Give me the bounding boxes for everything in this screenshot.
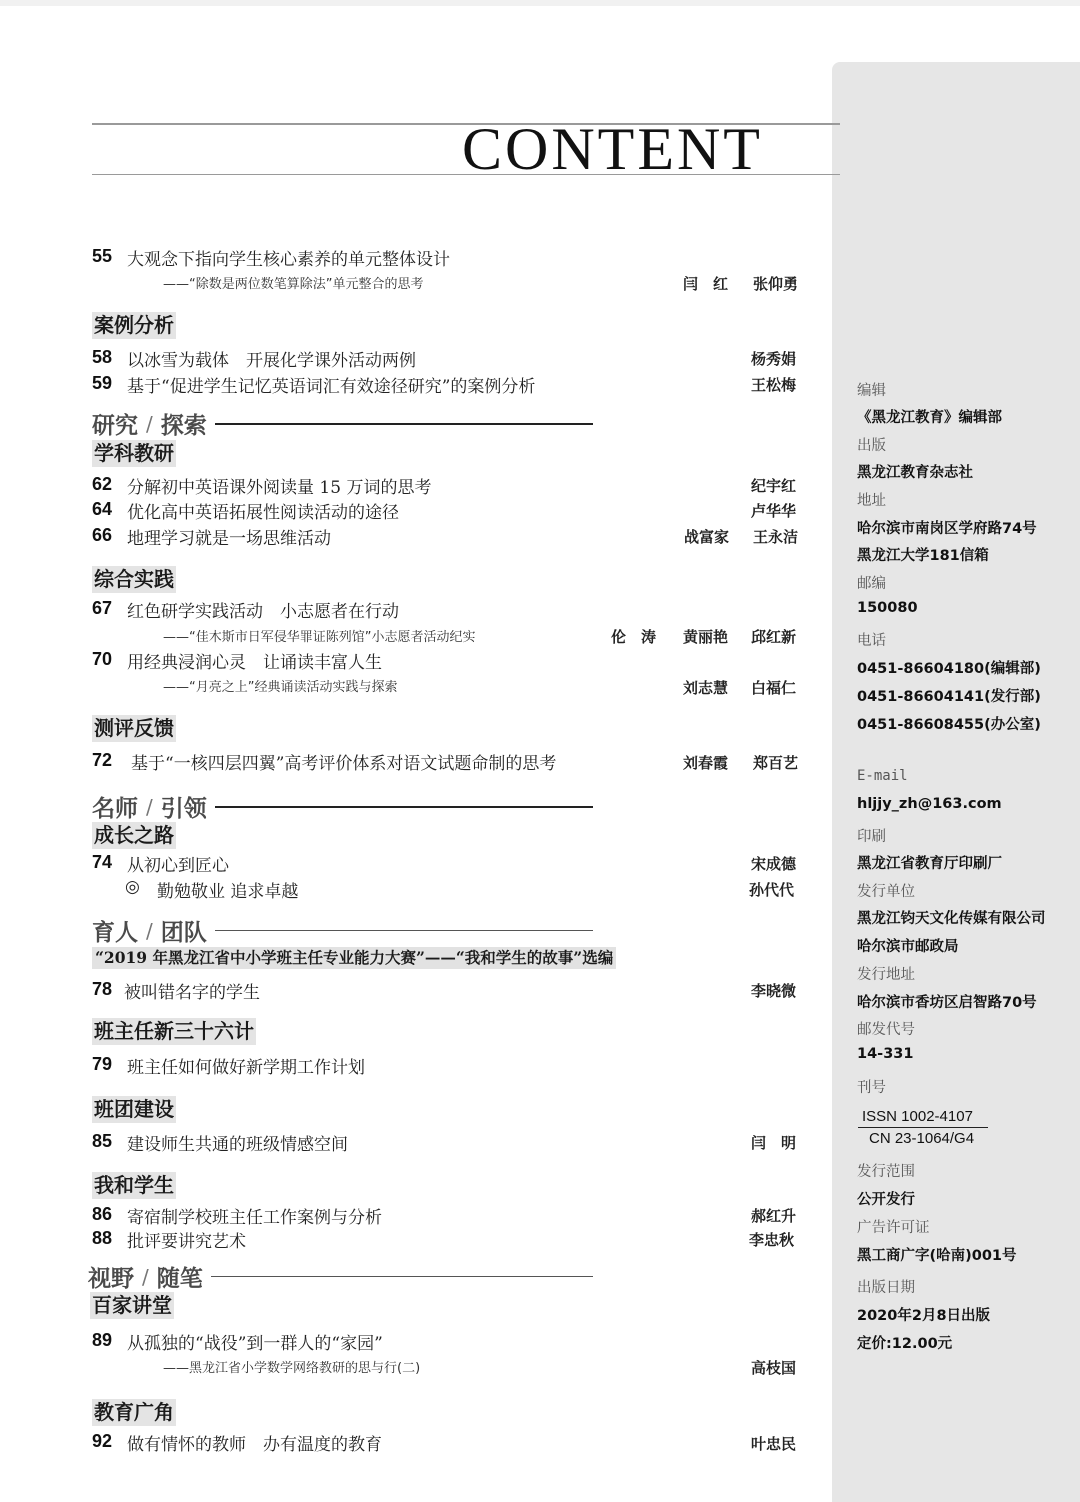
- section-heading-left: 视野: [88, 1260, 134, 1293]
- section-slash: /: [146, 795, 153, 819]
- issn-value: ISSN 1002-4107: [862, 1108, 973, 1125]
- section-heading-vision-essays: 视野 / 随笔: [88, 1260, 593, 1293]
- column-heading: 测评反馈: [92, 715, 176, 742]
- entry-author: 纪宇红: [751, 475, 796, 496]
- column-heading: 教育广角: [92, 1399, 176, 1426]
- entry-title[interactable]: 基于“促进学生记忆英语词汇有效途径研究”的案例分析: [127, 372, 535, 397]
- entry-author: 闫 明: [751, 1132, 796, 1153]
- column-heading: 成长之路: [92, 822, 176, 849]
- column-heading: 综合实践: [92, 566, 176, 593]
- entry-page-number: 70: [92, 649, 112, 670]
- entry-page-number: 74: [92, 852, 112, 873]
- entry-title[interactable]: 寄宿制学校班主任工作案例与分析: [127, 1203, 382, 1228]
- entry-title[interactable]: 做有情怀的教师 办有温度的教育: [127, 1430, 382, 1455]
- entry-page-number: 64: [92, 499, 112, 520]
- section-heading-right: 探索: [161, 407, 207, 440]
- entry-author: 邱红新: [751, 626, 796, 647]
- section-heading-right: 随笔: [157, 1260, 203, 1293]
- section-heading-right: 团队: [161, 914, 207, 947]
- entry-page-number: 88: [92, 1228, 112, 1249]
- entry-author: 郝红升: [751, 1205, 796, 1226]
- publisher-label: 出版: [857, 434, 886, 455]
- printer-label: 印刷: [857, 825, 886, 846]
- entry-title[interactable]: 勤勉敬业 追求卓越: [157, 877, 298, 902]
- entry-author: 白福仁: [751, 677, 796, 698]
- entry-author: 伦 涛: [611, 626, 656, 647]
- entry-author: 王永洁: [753, 526, 798, 547]
- header-rule-bottom: [92, 174, 840, 175]
- entry-author: 闫 红: [683, 273, 728, 294]
- entry-page-number: 58: [92, 347, 112, 368]
- entry-page-number: 66: [92, 525, 112, 546]
- entry-subtitle: ——“佳木斯市日军侵华罪证陈列馆”小志愿者活动纪实: [163, 626, 475, 645]
- issn-divider: [858, 1127, 988, 1128]
- entry-title[interactable]: 建设师生共通的班级情感空间: [127, 1130, 348, 1155]
- entry-page-number: 72: [92, 750, 112, 771]
- serial-label: 刊号: [857, 1076, 886, 1097]
- entry-page-number: 62: [92, 474, 112, 495]
- column-heading: 我和学生: [92, 1172, 176, 1199]
- ad-license-label: 广告许可证: [857, 1216, 930, 1237]
- column-heading: 班团建设: [92, 1096, 176, 1123]
- email-value[interactable]: hljjy_zh@163.com: [857, 796, 1002, 812]
- phone-value: 0451-86604180(编辑部): [857, 657, 1041, 678]
- distributor-label: 发行单位: [857, 880, 915, 901]
- entry-author: 宋成德: [751, 853, 796, 874]
- mail-code-value: 14-331: [857, 1046, 913, 1062]
- section-rule: [215, 806, 593, 808]
- entry-title[interactable]: 大观念下指向学生核心素养的单元整体设计: [127, 245, 450, 270]
- section-rule: [215, 930, 593, 931]
- ad-license-value: 黑工商广字(哈南)001号: [857, 1244, 1017, 1265]
- phone-value: 0451-86604141(发行部): [857, 685, 1041, 706]
- dist-address-label: 发行地址: [857, 963, 915, 984]
- entry-author: 黄丽艳: [683, 626, 728, 647]
- entry-title[interactable]: 以冰雪为载体 开展化学课外活动两例: [127, 346, 416, 371]
- entry-author: 孙代代: [749, 879, 794, 900]
- top-edge: [0, 0, 1080, 6]
- section-slash: /: [146, 412, 153, 436]
- entry-subtitle: ——黑龙江省小学数学网络教研的思与行(二): [163, 1357, 420, 1376]
- section-heading-research: 研究 / 探索: [92, 407, 593, 440]
- editor-label: 编辑: [857, 379, 886, 400]
- entry-title[interactable]: 从孤独的“战役”到一群人的“家园”: [127, 1329, 383, 1354]
- column-heading: 学科教研: [92, 440, 176, 467]
- price-value: 定价:12.00元: [857, 1332, 952, 1353]
- mail-code-label: 邮发代号: [857, 1018, 915, 1039]
- entry-author: 王松梅: [751, 374, 796, 395]
- distributor-value: 黑龙江钧天文化传媒有限公司: [857, 907, 1046, 928]
- printer-value: 黑龙江省教育厅印刷厂: [857, 852, 1002, 873]
- entry-subtitle: ——“除数是两位数笔算除法”单元整合的思考: [163, 273, 423, 292]
- cn-value: CN 23-1064/G4: [869, 1130, 974, 1147]
- entry-title[interactable]: 从初心到匠心: [127, 851, 229, 876]
- entry-subtitle: ——“月亮之上”经典诵读活动实践与探索: [163, 676, 397, 695]
- entry-author: 李晓微: [751, 980, 796, 1001]
- pub-date-label: 出版日期: [857, 1276, 915, 1297]
- feature-banner: “2019 年黑龙江省中小学班主任专业能力大赛”——“我和学生的故事”选编: [92, 947, 616, 969]
- section-heading-right: 引领: [161, 790, 207, 823]
- entry-page-number: 89: [92, 1330, 112, 1351]
- entry-author: 叶忠民: [751, 1433, 796, 1454]
- entry-page-number: 79: [92, 1054, 112, 1075]
- section-heading-left: 育人: [92, 914, 138, 947]
- scope-value: 公开发行: [857, 1188, 915, 1209]
- publisher-value: 黑龙江教育杂志社: [857, 461, 973, 482]
- column-heading: 班主任新三十六计: [92, 1018, 256, 1045]
- postcode-label: 邮编: [857, 572, 886, 593]
- entry-author: 战富家: [684, 526, 729, 547]
- entry-title[interactable]: 批评要讲究艺术: [127, 1227, 246, 1252]
- entry-title[interactable]: 优化高中英语拓展性阅读活动的途径: [127, 498, 399, 523]
- entry-title[interactable]: 被叫错名字的学生: [124, 978, 260, 1003]
- section-heading-masters: 名师 / 引领: [92, 790, 593, 823]
- section-rule: [215, 423, 593, 425]
- section-heading-education-team: 育人 / 团队: [92, 914, 593, 947]
- entry-page-number: 78: [92, 979, 112, 1000]
- entry-author: 刘志慧: [683, 677, 728, 698]
- section-heading-left: 研究: [92, 407, 138, 440]
- section-rule: [211, 1276, 593, 1277]
- phone-value: 0451-86608455(办公室): [857, 713, 1041, 734]
- entry-author: 李忠秋: [749, 1229, 794, 1250]
- entry-title[interactable]: 用经典浸润心灵 让诵读丰富人生: [127, 648, 382, 673]
- entry-title[interactable]: 分解初中英语课外阅读量 15 万词的思考: [127, 473, 431, 498]
- entry-author: 杨秀娟: [751, 348, 796, 369]
- entry-author: 卢华华: [751, 500, 796, 521]
- address-value: 哈尔滨市南岗区学府路74号: [857, 517, 1037, 538]
- page-title: CONTENT: [462, 118, 792, 180]
- entry-author: 张仰勇: [753, 273, 798, 294]
- dist-address-value: 哈尔滨市香坊区启智路70号: [857, 991, 1037, 1012]
- entry-title[interactable]: 基于“一核四层四翼”高考评价体系对语文试题命制的思考: [131, 749, 556, 774]
- scope-label: 发行范围: [857, 1160, 915, 1181]
- entry-page-number: 55: [92, 246, 112, 267]
- column-heading: 案例分析: [92, 312, 176, 339]
- section-slash: /: [142, 1265, 149, 1289]
- section-heading-left: 名师: [92, 790, 138, 823]
- address-label: 地址: [857, 489, 886, 510]
- distributor-value: 哈尔滨市邮政局: [857, 935, 959, 956]
- entry-author: 刘春霞: [683, 752, 728, 773]
- entry-page-number: 86: [92, 1204, 112, 1225]
- entry-page-number: 59: [92, 373, 112, 394]
- section-slash: /: [146, 919, 153, 943]
- editor-value: 《黑龙江教育》编辑部: [857, 406, 1002, 427]
- entry-author: 郑百艺: [753, 752, 798, 773]
- entry-title[interactable]: 红色研学实践活动 小志愿者在行动: [127, 597, 399, 622]
- entry-page-number: 85: [92, 1131, 112, 1152]
- postcode-value: 150080: [857, 600, 918, 616]
- email-label: E-mail: [857, 768, 908, 784]
- bullet-icon: ◎: [125, 877, 140, 897]
- pub-date-value: 2020年2月8日出版: [857, 1304, 990, 1325]
- address-value: 黑龙江大学181信箱: [857, 544, 989, 565]
- column-heading: 百家讲堂: [90, 1292, 174, 1319]
- entry-page-number: 67: [92, 598, 112, 619]
- entry-author: 高枝国: [751, 1357, 796, 1378]
- entry-title[interactable]: 班主任如何做好新学期工作计划: [127, 1053, 365, 1078]
- phone-label: 电话: [857, 629, 886, 650]
- entry-page-number: 92: [92, 1431, 112, 1452]
- entry-title[interactable]: 地理学习就是一场思维活动: [127, 524, 331, 549]
